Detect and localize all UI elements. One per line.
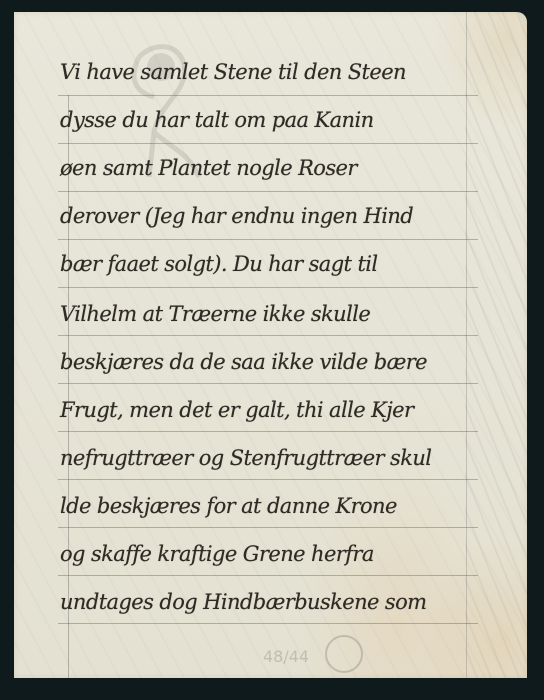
- handwritten-line: lde beskjæres for at danne Krone: [60, 494, 480, 530]
- handwritten-line: derover (Jeg har endnu ingen Hind: [60, 204, 480, 240]
- handwritten-line: bær faaet solgt). Du har sagt til: [60, 252, 480, 288]
- handwritten-line: undtages dog Hindbærbuskene som: [60, 590, 480, 626]
- stamp-text: 48/44: [263, 647, 309, 666]
- letter-page: Vi have samlet Stene til den Steen dysse…: [14, 12, 527, 678]
- handwritten-line: nefrugttræer og Stenfrugttræer skul: [60, 446, 480, 482]
- handwritten-line: og skaffe kraftige Grene herfra: [60, 542, 480, 578]
- archive-stamp-icon: 48/44: [259, 630, 369, 680]
- handwritten-line: Frugt, men det er galt, thi alle Kjer: [60, 398, 480, 434]
- handwritten-line: øen samt Plantet nogle Roser: [60, 156, 480, 192]
- handwritten-line: beskjæres da de saa ikke vilde bære: [60, 350, 480, 386]
- handwritten-line: Vilhelm at Træerne ikke skulle: [60, 302, 480, 338]
- scan-background: Vi have samlet Stene til den Steen dysse…: [0, 0, 544, 700]
- handwritten-line: dysse du har talt om paa Kanin: [60, 108, 480, 144]
- handwritten-line: Vi have samlet Stene til den Steen: [60, 60, 480, 96]
